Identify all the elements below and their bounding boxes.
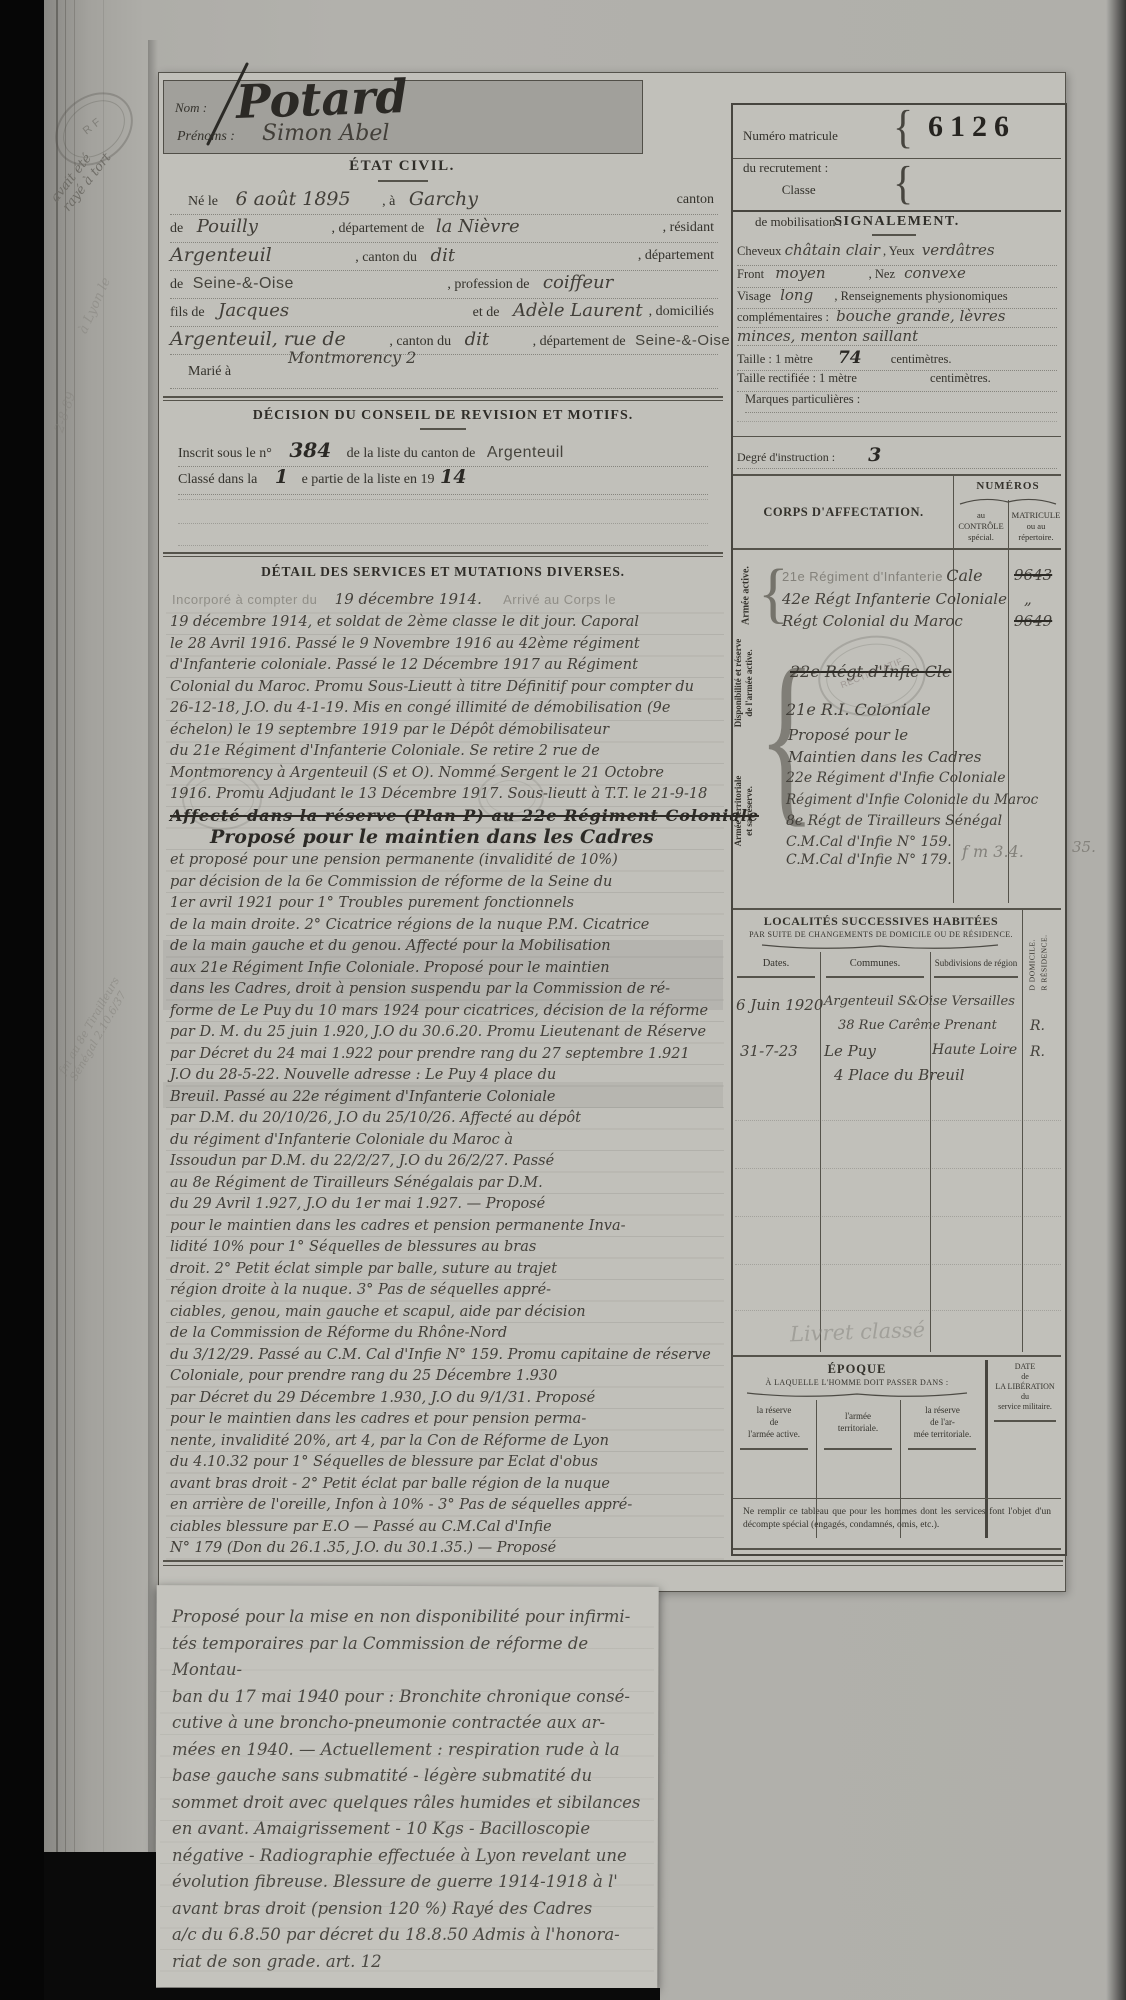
localites-col-residence: R RÉSIDENCE. bbox=[1040, 915, 1049, 991]
localites-title: LOCALITÉS SUCCESSIVES HABITÉES bbox=[731, 914, 1031, 929]
sig-line-taille: Taille : 1 mètre 74 centimètres. bbox=[737, 348, 1057, 371]
spine-line bbox=[56, 0, 58, 2000]
localites-rule bbox=[735, 1264, 1061, 1265]
epoque-note-divider bbox=[733, 1498, 1061, 1499]
incorpore-date: 19 décembre 1914. bbox=[335, 590, 482, 608]
marie-label: Marié à bbox=[188, 364, 231, 379]
cheveux-value: châtain clair bbox=[785, 241, 880, 259]
localites-flourish bbox=[760, 942, 1000, 952]
localites-top-border bbox=[733, 908, 1061, 910]
page-right-edge bbox=[1106, 0, 1126, 2000]
numeros-header: NUMÉROS bbox=[953, 480, 1063, 492]
etat-line-naissance: Né le 6 août 1895 , à Garchy canton bbox=[170, 188, 718, 215]
localites-vline-3 bbox=[1022, 910, 1023, 1352]
classe-brace: { bbox=[893, 158, 913, 211]
localites-col-dates: Dates. bbox=[733, 958, 819, 969]
etat-line-marie: Marié à bbox=[170, 364, 718, 389]
localites-row2-dr: R. bbox=[1030, 1044, 1045, 1060]
localites-row1-date: 6 Juin 1920 bbox=[736, 996, 823, 1014]
corps-row-active-3: Régt Colonial du Maroc bbox=[782, 612, 963, 630]
corps-21ri-numero: 9643 bbox=[1014, 566, 1052, 584]
corps-rcm-numero: 9649 bbox=[1014, 612, 1052, 630]
localites-col-subdivisions: Subdivisions de région bbox=[930, 958, 1022, 968]
inscrit-label: Inscrit sous le n° bbox=[178, 446, 272, 461]
etat-line-canton: de Pouilly , département de la Nièvre , … bbox=[170, 216, 718, 243]
corps-note-fm: f m 3.4. bbox=[962, 842, 1024, 861]
localites-rule bbox=[735, 1216, 1061, 1217]
residence-value: Argenteuil bbox=[170, 244, 272, 266]
signalement-underline bbox=[872, 234, 916, 236]
nom-label: Nom : bbox=[175, 100, 207, 116]
etat-civil-title: ÉTAT CIVIL. bbox=[163, 158, 641, 175]
renseignements-label: , Renseignements physionomiques bbox=[834, 289, 1007, 303]
arrive-corps-label: Arrivé au Corps le bbox=[503, 592, 616, 607]
front-value: moyen bbox=[775, 264, 825, 282]
localites-rule bbox=[735, 1120, 1061, 1121]
lieu-naissance: Garchy bbox=[409, 188, 478, 210]
localites-row1-commune: Argenteuil S&Oise Versailles bbox=[824, 994, 1015, 1009]
inscrit-numero: 384 bbox=[289, 438, 331, 462]
degre-value: 3 bbox=[868, 444, 881, 466]
sheet-bottom-rule-2 bbox=[163, 1565, 1063, 1566]
cm-label: centimètres. bbox=[891, 352, 952, 366]
mere-value: Adèle Laurent bbox=[513, 300, 643, 321]
marques-label: Marques particulières : bbox=[745, 392, 860, 406]
corps-row-reserve-3: Proposé pour le bbox=[788, 726, 908, 744]
localites-header-underline-3 bbox=[934, 976, 1018, 978]
complementaires-label: complémentaires : bbox=[737, 310, 829, 324]
slip-text: Proposé pour la mise en non disponibilit… bbox=[172, 1604, 646, 1975]
corps-row-reserve-7: 8e Régt de Tirailleurs Sénégal bbox=[786, 813, 1002, 829]
departement-naissance: la Nièvre bbox=[436, 216, 520, 237]
canton-naissance: Pouilly bbox=[197, 216, 258, 237]
front-label: Front bbox=[737, 267, 764, 281]
spine-line bbox=[65, 0, 66, 2000]
decision-title: DÉCISION DU CONSEIL DE REVISION ET MOTIF… bbox=[163, 408, 723, 424]
numero-label-line1: Numéro matricule bbox=[743, 128, 838, 143]
decision-blank-line bbox=[178, 544, 708, 546]
residant-label: , résidant bbox=[663, 220, 714, 236]
departement3-label: , département de bbox=[533, 334, 626, 349]
classe-liste-label: Classé dans la bbox=[178, 472, 257, 487]
corps-row-reserve-8: C.M.Cal d'Infie N° 159. bbox=[786, 834, 952, 850]
canton-label: canton bbox=[677, 192, 714, 208]
epoque-subtitle: À LAQUELLE L'HOMME DOIT PASSER DANS : bbox=[731, 1378, 983, 1387]
nez-value: convexe bbox=[904, 264, 966, 282]
black-mask-bottom-left bbox=[44, 1852, 156, 2000]
corps-header-bottom bbox=[733, 548, 1061, 550]
canton-inscription: Argenteuil bbox=[487, 444, 564, 461]
livret-classe-note: Livret classé bbox=[790, 1318, 926, 1347]
corps-21ri-hw: Cale bbox=[946, 566, 982, 585]
degre-divider-top bbox=[733, 436, 1061, 437]
services-propose-maintien: Proposé pour le maintien dans les Cadres bbox=[210, 826, 653, 848]
etat-line-residence: Argenteuil , canton du dit , département bbox=[170, 244, 718, 271]
annee-liste: 14 bbox=[440, 466, 466, 488]
localites-header-underline-2 bbox=[826, 976, 924, 978]
corps-row-active-2: 42e Régt Infanterie Coloniale bbox=[782, 590, 1007, 608]
localites-row2-date: 31-7-23 bbox=[740, 1042, 798, 1060]
de2-label: de bbox=[170, 277, 183, 292]
sig-line-front: Front moyen , Nez convexe bbox=[737, 264, 1057, 288]
canton3-label: , canton du bbox=[389, 334, 451, 349]
epoque-header-underline-1 bbox=[740, 1448, 808, 1450]
corps-21ri: 21e Régiment d'Infanterie bbox=[782, 569, 943, 584]
canton-du-value: dit bbox=[431, 245, 456, 266]
decision-divider-1 bbox=[163, 396, 723, 398]
corps-row-reserve-5: 22e Régiment d'Infie Coloniale bbox=[786, 770, 1006, 786]
complementaires-value: bouche grande, lèvres bbox=[836, 307, 1005, 325]
epoque-header-underline-4 bbox=[994, 1420, 1056, 1422]
localites-rule bbox=[735, 1310, 1061, 1311]
canton-du-label: , canton du bbox=[355, 250, 417, 265]
visage-value: long bbox=[780, 286, 813, 304]
epoque-title: ÉPOQUE bbox=[731, 1362, 983, 1377]
sig-line-marques: Marques particulières : bbox=[745, 392, 1057, 413]
postmark-stamp bbox=[478, 772, 544, 822]
repertoire-col-header: MATRICULE ou au répertoire. bbox=[1010, 510, 1062, 543]
etat-line-parents: fils de Jacques et de Adèle Laurent , do… bbox=[170, 300, 718, 327]
localites-row1-commune2: 38 Rue Carême Prenant bbox=[838, 1018, 997, 1033]
departement-label: , département de bbox=[331, 221, 424, 236]
corps-numeros-vline bbox=[953, 476, 954, 903]
partie-label: e partie de la liste en 19 bbox=[302, 472, 435, 487]
localites-subtitle: PAR SUITE DE CHANGEMENTS DE DOMICILE OU … bbox=[731, 930, 1031, 939]
domicile-value: Argenteuil, rue de bbox=[170, 328, 346, 350]
yeux-value: verdâtres bbox=[922, 241, 995, 259]
epoque-header-underline-2 bbox=[824, 1448, 892, 1450]
sig-line-complementaires-2: minces, menton saillant bbox=[737, 327, 1057, 346]
prenoms-value: Simon Abel bbox=[262, 121, 389, 146]
decision-underline bbox=[420, 428, 466, 430]
a-label: , à bbox=[382, 194, 395, 209]
scan-shadow-band bbox=[163, 940, 723, 1010]
corps-row-reserve-6: Régiment d'Infie Coloniale du Maroc bbox=[786, 792, 1038, 808]
epoque-col-reserve-active: la réserve de l'armée active. bbox=[733, 1404, 815, 1440]
taille-label: Taille : 1 mètre bbox=[737, 352, 813, 366]
departement2-value: Seine-&-Oise bbox=[193, 275, 294, 292]
corps-row-reserve-9: C.M.Cal d'Infie N° 179. bbox=[786, 852, 952, 868]
controle-col-header: au CONTRÔLE spécial. bbox=[955, 510, 1007, 543]
sheet-bottom-rule-1 bbox=[163, 1560, 1063, 1562]
etat-civil-underline bbox=[378, 180, 428, 182]
localites-row2-subdivision: Haute Loire bbox=[932, 1042, 1017, 1058]
numero-brace: { bbox=[893, 102, 913, 155]
profession-value: coiffeur bbox=[543, 272, 613, 293]
fils-de-label: fils de bbox=[170, 305, 205, 320]
localites-col-communes: Communes. bbox=[822, 958, 928, 969]
etat-line-profession: de Seine-&-Oise , profession de coiffeur bbox=[170, 272, 718, 299]
signalement-top-divider bbox=[733, 210, 1061, 212]
degre-line: Degré d'instruction : 3 bbox=[737, 444, 1057, 469]
date-naissance: 6 août 1895 bbox=[235, 188, 350, 210]
localites-row2-commune: Le Puy bbox=[824, 1042, 876, 1060]
departement3-value: Seine-&-Oise bbox=[635, 332, 730, 349]
localites-row2-commune2: 4 Place du Breuil bbox=[834, 1066, 965, 1084]
numeros-brace bbox=[958, 496, 1058, 506]
departement2-label: , département bbox=[638, 248, 714, 264]
localites-vline-2 bbox=[930, 952, 931, 1352]
epoque-flourish bbox=[745, 1390, 969, 1400]
degre-divider-bottom bbox=[733, 474, 1061, 476]
services-paragraph-1: 19 décembre 1914, et soldat de 2ème clas… bbox=[170, 612, 726, 806]
epoque-bottom-border-1 bbox=[733, 1548, 1061, 1550]
scanned-register-page: R F avait été rayé à tort à Lyon le 2-8-… bbox=[0, 0, 1126, 2000]
domicilies-label: , domiciliés bbox=[649, 304, 714, 320]
sig-line-cheveux: Cheveux châtain clair , Yeux verdâtres bbox=[737, 241, 1057, 266]
decision-line-inscrit: Inscrit sous le n° 384 de la liste du ca… bbox=[178, 438, 708, 467]
corps-row-reserve-2: 21e R.I. Coloniale bbox=[786, 700, 931, 719]
yeux-label: , Yeux bbox=[883, 244, 915, 258]
decision-blank-line bbox=[178, 522, 708, 524]
scan-shadow-band bbox=[163, 1082, 723, 1108]
corps-row-reserve-4: Maintien dans les Cadres bbox=[788, 748, 981, 766]
classe-label-line1: Classe bbox=[782, 182, 816, 197]
decision-line-classe: Classé dans la 1 e partie de la liste en… bbox=[178, 466, 708, 495]
epoque-top-border bbox=[733, 1355, 1061, 1357]
epoque-col-territoriale: l'armée territoriale. bbox=[818, 1410, 898, 1434]
canton3-value: dit bbox=[465, 329, 490, 350]
liste-label: de la liste du canton de bbox=[347, 446, 476, 461]
pere-value: Jacques bbox=[218, 300, 289, 321]
services-divider-1 bbox=[163, 552, 723, 554]
de-label: de bbox=[170, 221, 183, 236]
incorpore-label: Incorporé à compter du bbox=[172, 592, 317, 607]
epoque-note: Ne remplir ce tableau que pour les homme… bbox=[743, 1506, 1051, 1531]
margin-note-35: 35. bbox=[1072, 838, 1096, 856]
nez-label: , Nez bbox=[869, 267, 895, 281]
services-divider-2 bbox=[163, 556, 723, 557]
sig-line-complementaires: complémentaires : bouche grande, lèvres bbox=[737, 307, 1057, 328]
decision-blank-line bbox=[178, 498, 708, 500]
partie-numero: 1 bbox=[275, 466, 288, 488]
et-de-label: et de bbox=[473, 305, 500, 320]
taille-rectifiee-label: Taille rectifiée : 1 mètre bbox=[737, 371, 857, 385]
sig-line-visage: Visage long , Renseignements physionomiq… bbox=[737, 286, 1057, 309]
localites-col-domicile: D DOMICILE. bbox=[1028, 915, 1037, 991]
prenoms-label: Prénoms : bbox=[177, 129, 235, 145]
spine-line bbox=[74, 0, 75, 2000]
black-mask-bottom-strip bbox=[44, 1988, 660, 2000]
cheveux-label: Cheveux bbox=[737, 244, 781, 258]
epoque-col-date-liberation: DATE de LA LIBÉRATION du service militai… bbox=[988, 1362, 1062, 1412]
numero-matricule-value: 6126 bbox=[928, 110, 1016, 144]
taille-value: 74 bbox=[838, 348, 862, 368]
decision-divider-2 bbox=[163, 400, 723, 401]
corps-row-active-1: 21e Régiment d'Infanterie Cale bbox=[782, 566, 983, 585]
sig-line-taille-rectifiee: Taille rectifiée : 1 mètre centimètres. bbox=[737, 371, 1057, 392]
signalement-title: SIGNALEMENT. bbox=[731, 214, 1063, 230]
profession-label: , profession de bbox=[447, 277, 529, 292]
cm2-label: centimètres. bbox=[930, 371, 991, 385]
services-title: DÉTAIL DES SERVICES ET MUTATIONS DIVERSE… bbox=[163, 564, 723, 580]
localites-rule bbox=[735, 1168, 1061, 1169]
corps-42ric-numero: „ bbox=[1024, 590, 1032, 608]
ne-le-label: Né le bbox=[188, 194, 218, 209]
services-incorpore-line: Incorporé à compter du 19 décembre 1914.… bbox=[172, 590, 616, 608]
epoque-col-reserve-territoriale: la réserve de l'ar- mée territoriale. bbox=[902, 1404, 983, 1440]
localites-row1-dr: R. bbox=[1030, 1018, 1045, 1034]
epoque-header-underline-3 bbox=[908, 1448, 976, 1450]
visage-label: Visage bbox=[737, 289, 771, 303]
corps-affectation-title: CORPS D'AFFECTATION. bbox=[741, 505, 946, 520]
nom-value: Potard bbox=[235, 69, 408, 129]
etat-line-domicile: Argenteuil, rue de , canton du dit , dép… bbox=[170, 328, 718, 355]
postmark-stamp bbox=[182, 768, 262, 830]
sig-blank-line bbox=[737, 420, 1057, 422]
degre-label: Degré d'instruction : bbox=[737, 450, 835, 464]
localites-header-underline-1 bbox=[737, 976, 815, 978]
